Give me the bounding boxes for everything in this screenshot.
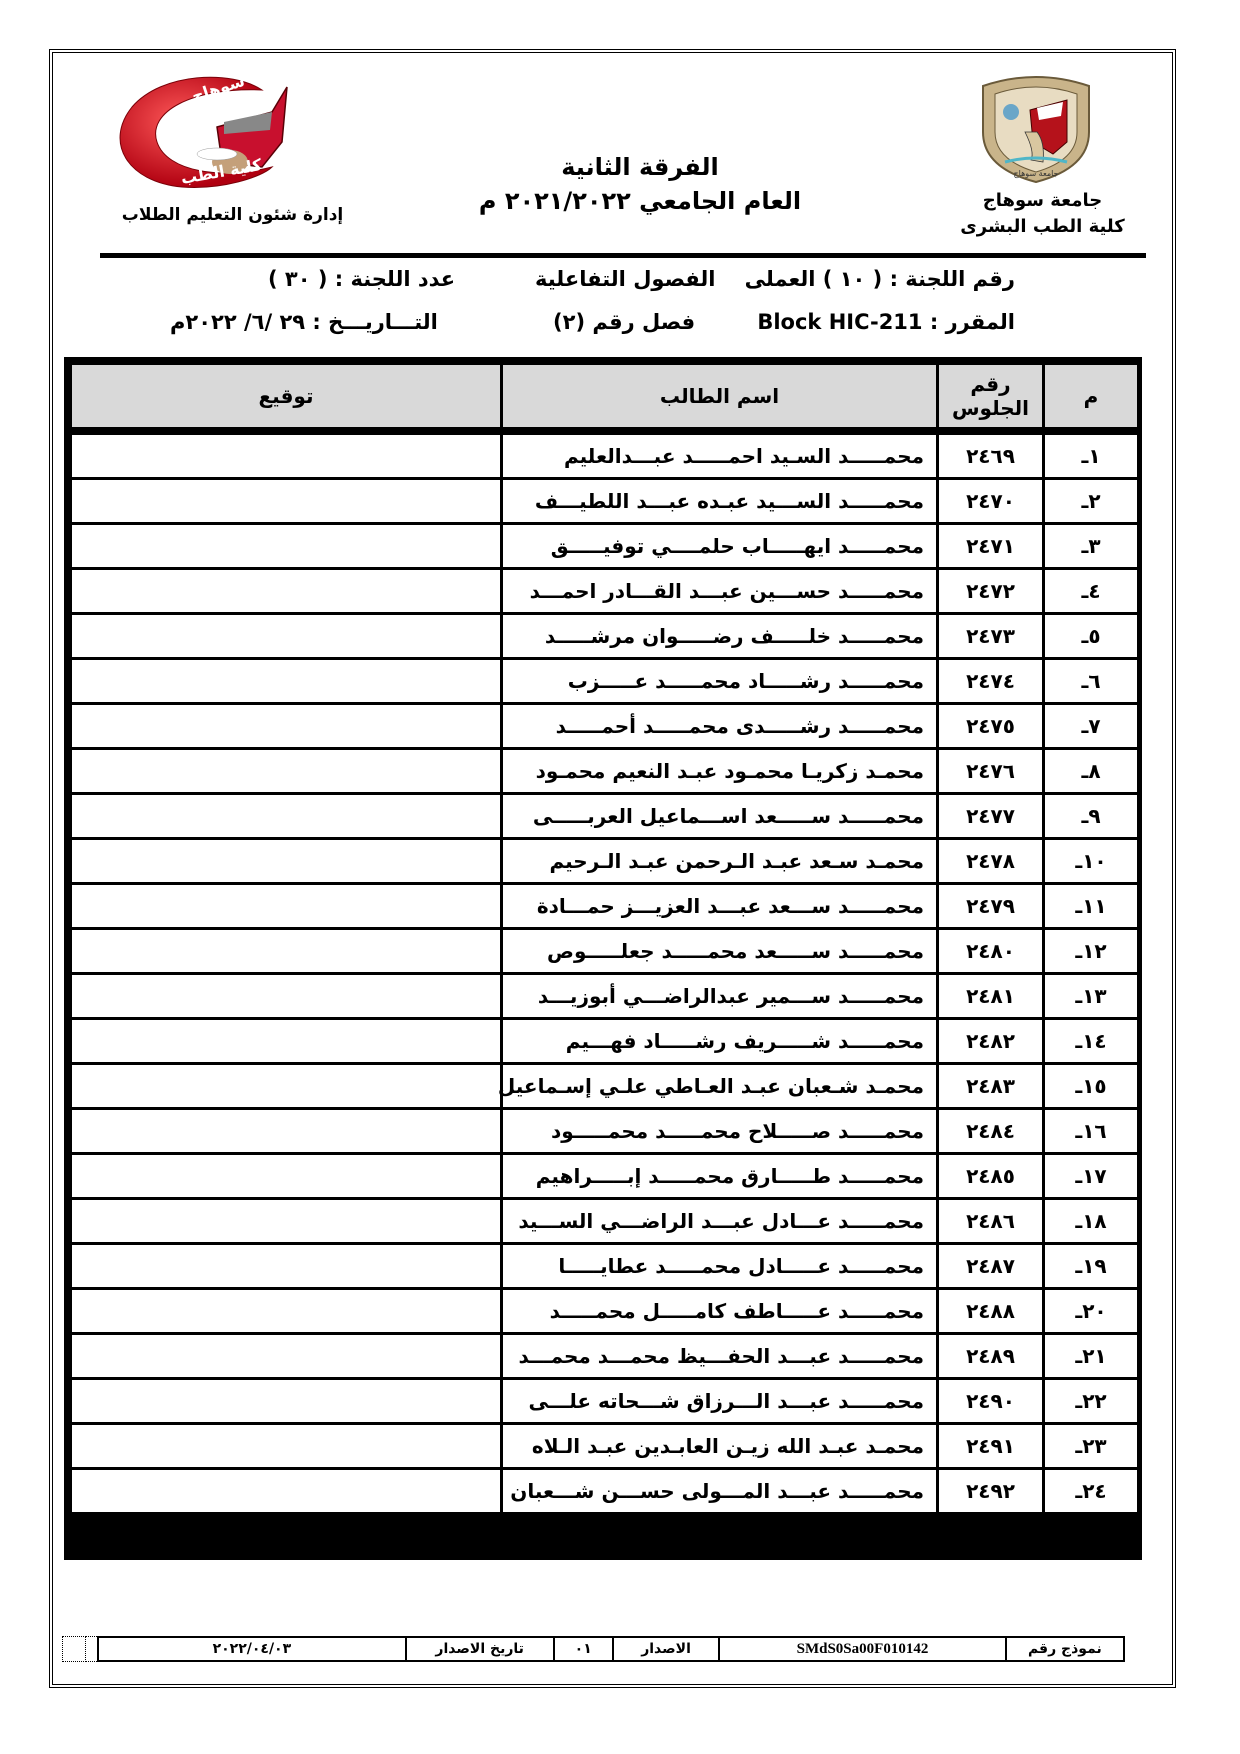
- seat-number: ٢٤٧١: [938, 524, 1044, 569]
- student-name: محمـــــد شـــــريف رشـــــاد فهـــيم: [502, 1019, 938, 1064]
- table-row: ٢ـ٢٤٧٠محمـــــد الســـيد عبـده عبـــد ال…: [71, 479, 1139, 524]
- table-row: ٢١ـ٢٤٨٩محمـــــد عبـــد الحفـــيظ محمـــ…: [71, 1334, 1139, 1379]
- seat-number: ٢٤٨٥: [938, 1154, 1044, 1199]
- student-name: محمـــــد ســـــعد محمـــــد جعلـــــوص: [502, 929, 938, 974]
- seat-number: ٢٤٧٤: [938, 659, 1044, 704]
- row-index: ٧ـ: [1044, 704, 1139, 749]
- signature-field[interactable]: [71, 1289, 502, 1334]
- row-index: ٤ـ: [1044, 569, 1139, 614]
- seat-number: ٢٤٧٣: [938, 614, 1044, 659]
- document-title: الفرقة الثانية العام الجامعي ٢٠٢١/٢٠٢٢ م: [430, 150, 850, 218]
- student-name: محمـــــد الســـيد عبـده عبـــد اللطيـــ…: [502, 479, 938, 524]
- student-name: محمـــــد عـــــادل محمـــــد عطايـــــا: [502, 1244, 938, 1289]
- seat-number: ٢٤٧٦: [938, 749, 1044, 794]
- table-row: ١٥ـ٢٤٨٣محمـد شـعبان عبـد العـاطي علـي إس…: [71, 1064, 1139, 1109]
- attendance-table-frame: م رقم الجلوس اسم الطالب توقيع ١ـ٢٤٦٩محمـ…: [64, 357, 1142, 1560]
- seat-number: ٢٤٨٠: [938, 929, 1044, 974]
- row-index: ١٣ـ: [1044, 974, 1139, 1019]
- seat-number: ٢٤٨٩: [938, 1334, 1044, 1379]
- student-name: محمـد عبـد الله زيـن العابـدين عبـد الـل…: [502, 1424, 938, 1469]
- signature-field[interactable]: [71, 929, 502, 974]
- col-header-name: اسم الطالب: [502, 364, 938, 432]
- table-row: ١٩ـ٢٤٨٧محمـــــد عـــــادل محمـــــد عطا…: [71, 1244, 1139, 1289]
- signature-field[interactable]: [71, 569, 502, 614]
- table-row: ٨ـ٢٤٧٦محمـد زكريـا محمـود عبـد النعيم مح…: [71, 749, 1139, 794]
- row-index: ٢٢ـ: [1044, 1379, 1139, 1424]
- table-row: ٦ـ٢٤٧٤محمـــــد رشـــــاد محمـــــد عـــ…: [71, 659, 1139, 704]
- signature-field[interactable]: [71, 974, 502, 1019]
- row-index: ٢ـ: [1044, 479, 1139, 524]
- student-name: محمـــــد ســـــعد اســـماعيل العربـــــ…: [502, 794, 938, 839]
- signature-field[interactable]: [71, 614, 502, 659]
- table-row: ١١ـ٢٤٧٩محمـــــد ســـعد عبـــد العزيـــز…: [71, 884, 1139, 929]
- seat-number: ٢٤٧٨: [938, 839, 1044, 884]
- row-index: ٥ـ: [1044, 614, 1139, 659]
- student-name: محمـــــد طـــــارق محمـــــد إبـــــراه…: [502, 1154, 938, 1199]
- form-number-label: نموذج رقم: [1006, 1637, 1124, 1661]
- student-name: محمـــــد عـــــاطف كامـــــل محمـــــد: [502, 1289, 938, 1334]
- table-row: ٤ـ٢٤٧٢محمـــــد حســـين عبـــد القـــادر…: [71, 569, 1139, 614]
- row-index: ٢١ـ: [1044, 1334, 1139, 1379]
- table-row: ١٢ـ٢٤٨٠محمـــــد ســـــعد محمـــــد جعلـ…: [71, 929, 1139, 974]
- col-header-index: م: [1044, 364, 1139, 432]
- seat-number: ٢٤٩٢: [938, 1469, 1044, 1514]
- seat-number: ٢٤٨٤: [938, 1109, 1044, 1154]
- issue-date-value: ٢٠٢٢/٠٤/٠٣: [98, 1637, 406, 1661]
- seat-number: ٢٤٨٧: [938, 1244, 1044, 1289]
- student-name: محمـــــد ســـمير عبدالراضـــي أبوزيـــد: [502, 974, 938, 1019]
- version-label: الاصدار: [613, 1637, 720, 1661]
- seat-number: ٢٤٨٢: [938, 1019, 1044, 1064]
- form-number-value: SMdS0Sa00F010142: [719, 1637, 1005, 1661]
- student-name: محمـــــد عبـــد المـــولى حســـن شـــعب…: [502, 1469, 938, 1514]
- student-name: محمـــــد السـيد احمـــــد عبـــدالعليم: [502, 431, 938, 479]
- row-index: ١ـ: [1044, 431, 1139, 479]
- issue-date-label: تاريخ الاصدار: [406, 1637, 554, 1661]
- signature-field[interactable]: [71, 1199, 502, 1244]
- table-row: ١٦ـ٢٤٨٤محمـــــد صـــــلاح محمـــــد محم…: [71, 1109, 1139, 1154]
- class-number: فصل رقم (٢): [553, 310, 695, 334]
- row-index: ١٨ـ: [1044, 1199, 1139, 1244]
- row-index: ١٤ـ: [1044, 1019, 1139, 1064]
- signature-field[interactable]: [71, 794, 502, 839]
- row-index: ٢٠ـ: [1044, 1289, 1139, 1334]
- signature-field[interactable]: [71, 1109, 502, 1154]
- exam-date: التـــاريـــخ : ٢٩ /٦/ ٢٠٢٢م: [170, 310, 438, 334]
- form-footer: نموذج رقم SMdS0Sa00F010142 الاصدار ٠١ تا…: [62, 1636, 1136, 1662]
- committee-count: عدد اللجنة : ( ٣٠ ): [268, 267, 455, 291]
- seat-number: ٢٤٧٩: [938, 884, 1044, 929]
- signature-field[interactable]: [71, 749, 502, 794]
- row-index: ٦ـ: [1044, 659, 1139, 704]
- year-level: الفرقة الثانية: [430, 150, 850, 184]
- signature-field[interactable]: [71, 1379, 502, 1424]
- committee-number: رقم اللجنة : ( ١٠ ) العملى: [745, 267, 1015, 291]
- table-row: ١٠ـ٢٤٧٨محمـد سـعد عبـد الـرحمن عبـد الـر…: [71, 839, 1139, 884]
- signature-field[interactable]: [71, 704, 502, 749]
- seat-number: ٢٤٨١: [938, 974, 1044, 1019]
- row-index: ١٠ـ: [1044, 839, 1139, 884]
- course-code: المقرر : Block HIC-211: [757, 310, 1015, 334]
- seat-number: ٢٤٨٣: [938, 1064, 1044, 1109]
- student-name: محمـــــد صـــــلاح محمـــــد محمـــــود: [502, 1109, 938, 1154]
- row-index: ١٩ـ: [1044, 1244, 1139, 1289]
- student-name: محمـــــد رشـــــدى محمـــــد أحمـــــد: [502, 704, 938, 749]
- student-name: محمـد سـعد عبـد الـرحمن عبـد الـرحيم: [502, 839, 938, 884]
- svg-text:جامعة سوهاج: جامعة سوهاج: [1013, 169, 1058, 178]
- row-index: ١٢ـ: [1044, 929, 1139, 974]
- footer-table: نموذج رقم SMdS0Sa00F010142 الاصدار ٠١ تا…: [97, 1636, 1125, 1662]
- table-row: ٧ـ٢٤٧٥محمـــــد رشـــــدى محمـــــد أحمـ…: [71, 704, 1139, 749]
- row-index: ٢٣ـ: [1044, 1424, 1139, 1469]
- university-block: جامعة سوهاج كلية الطب البشرى: [955, 188, 1130, 240]
- university-name: جامعة سوهاج: [955, 188, 1130, 214]
- seat-number: ٢٤٩١: [938, 1424, 1044, 1469]
- signature-field[interactable]: [71, 1019, 502, 1064]
- university-seal: جامعة سوهاج: [975, 72, 1097, 184]
- student-name: محمـــــد عبـــد الحفـــيظ محمـــد محمــ…: [502, 1334, 938, 1379]
- row-index: ١٥ـ: [1044, 1064, 1139, 1109]
- signature-field[interactable]: [71, 524, 502, 569]
- signature-field[interactable]: [71, 659, 502, 704]
- table-row: ٢٣ـ٢٤٩١محمـد عبـد الله زيـن العابـدين عب…: [71, 1424, 1139, 1469]
- faculty-crescent-logo-icon: جامعة سوهاج كلية الطب: [112, 72, 312, 192]
- footer-dotted-cell: [62, 1636, 86, 1662]
- university-seal-icon: جامعة سوهاج: [975, 72, 1097, 184]
- signature-field[interactable]: [71, 431, 502, 479]
- seat-number: ٢٤٩٠: [938, 1379, 1044, 1424]
- table-row: ١٤ـ٢٤٨٢محمـــــد شـــــريف رشـــــاد فهـ…: [71, 1019, 1139, 1064]
- table-row: ٢٢ـ٢٤٩٠محمـــــد عبـــد الـــرزاق شـــحا…: [71, 1379, 1139, 1424]
- student-name: محمـــــد عبـــد الـــرزاق شـــحاته علــ…: [502, 1379, 938, 1424]
- student-name: محمـــــد عـــادل عبـــد الراضـــي الســ…: [502, 1199, 938, 1244]
- signature-field[interactable]: [71, 1154, 502, 1199]
- row-index: ٩ـ: [1044, 794, 1139, 839]
- table-row: ٣ـ٢٤٧١محمـــــد ايهـــــاب حلمــــي توفي…: [71, 524, 1139, 569]
- seat-number: ٢٤٧٧: [938, 794, 1044, 839]
- classrooms-label: الفصول التفاعلية: [535, 267, 715, 291]
- row-index: ٨ـ: [1044, 749, 1139, 794]
- student-name: محمـــــد رشـــــاد محمـــــد عـــــزب: [502, 659, 938, 704]
- signature-field[interactable]: [71, 1064, 502, 1109]
- row-index: ١٧ـ: [1044, 1154, 1139, 1199]
- table-row: ٢٤ـ٢٤٩٢محمـــــد عبـــد المـــولى حســـن…: [71, 1469, 1139, 1514]
- table-row: ٥ـ٢٤٧٣محمـــــد خلـــــف رضـــــوان مرشـ…: [71, 614, 1139, 659]
- student-name: محمـد شـعبان عبـد العـاطي علـي إسـماعيل: [502, 1064, 938, 1109]
- signature-field[interactable]: [71, 479, 502, 524]
- row-index: ٣ـ: [1044, 524, 1139, 569]
- faculty-logo: جامعة سوهاج كلية الطب: [112, 72, 312, 192]
- seat-number: ٢٤٧٥: [938, 704, 1044, 749]
- academic-year: العام الجامعي ٢٠٢١/٢٠٢٢ م: [430, 184, 850, 218]
- signature-field[interactable]: [71, 839, 502, 884]
- table-row: ١ـ٢٤٦٩محمـــــد السـيد احمـــــد عبـــدا…: [71, 431, 1139, 479]
- col-header-seat: رقم الجلوس: [938, 364, 1044, 432]
- table-row: ١٧ـ٢٤٨٥محمـــــد طـــــارق محمـــــد إبـ…: [71, 1154, 1139, 1199]
- signature-field[interactable]: [71, 1469, 502, 1514]
- version-value: ٠١: [554, 1637, 613, 1661]
- table-row: ٢٠ـ٢٤٨٨محمـــــد عـــــاطف كامـــــل محم…: [71, 1289, 1139, 1334]
- seat-number: ٢٤٨٦: [938, 1199, 1044, 1244]
- row-index: ١١ـ: [1044, 884, 1139, 929]
- seat-number: ٢٤٦٩: [938, 431, 1044, 479]
- col-header-signature: توقيع: [71, 364, 502, 432]
- table-row: ١٣ـ٢٤٨١محمـــــد ســـمير عبدالراضـــي أب…: [71, 974, 1139, 1019]
- student-name: محمـــــد خلـــــف رضـــــوان مرشـــــد: [502, 614, 938, 659]
- seat-number: ٢٤٧٠: [938, 479, 1044, 524]
- seat-number: ٢٤٨٨: [938, 1289, 1044, 1334]
- table-row: ٩ـ٢٤٧٧محمـــــد ســـــعد اســـماعيل العر…: [71, 794, 1139, 839]
- attendance-table: م رقم الجلوس اسم الطالب توقيع ١ـ٢٤٦٩محمـ…: [69, 362, 1140, 1515]
- signature-field[interactable]: [71, 1424, 502, 1469]
- table-row: ١٨ـ٢٤٨٦محمـــــد عـــادل عبـــد الراضـــ…: [71, 1199, 1139, 1244]
- row-index: ١٦ـ: [1044, 1109, 1139, 1154]
- header-divider: [100, 253, 1146, 258]
- signature-field[interactable]: [71, 884, 502, 929]
- faculty-name: كلية الطب البشرى: [955, 214, 1130, 240]
- student-name: محمـــــد حســـين عبـــد القـــادر احمــ…: [502, 569, 938, 614]
- student-name: محمـد زكريـا محمـود عبـد النعيم محمـود: [502, 749, 938, 794]
- student-name: محمـــــد ايهـــــاب حلمــــي توفيـــــق: [502, 524, 938, 569]
- department-name: إدارة شئون التعليم الطلاب: [110, 205, 355, 225]
- table-header-row: م رقم الجلوس اسم الطالب توقيع: [71, 364, 1139, 432]
- row-index: ٢٤ـ: [1044, 1469, 1139, 1514]
- signature-field[interactable]: [71, 1334, 502, 1379]
- student-name: محمـــــد ســـعد عبـــد العزيـــز حمـــا…: [502, 884, 938, 929]
- signature-field[interactable]: [71, 1244, 502, 1289]
- seat-number: ٢٤٧٢: [938, 569, 1044, 614]
